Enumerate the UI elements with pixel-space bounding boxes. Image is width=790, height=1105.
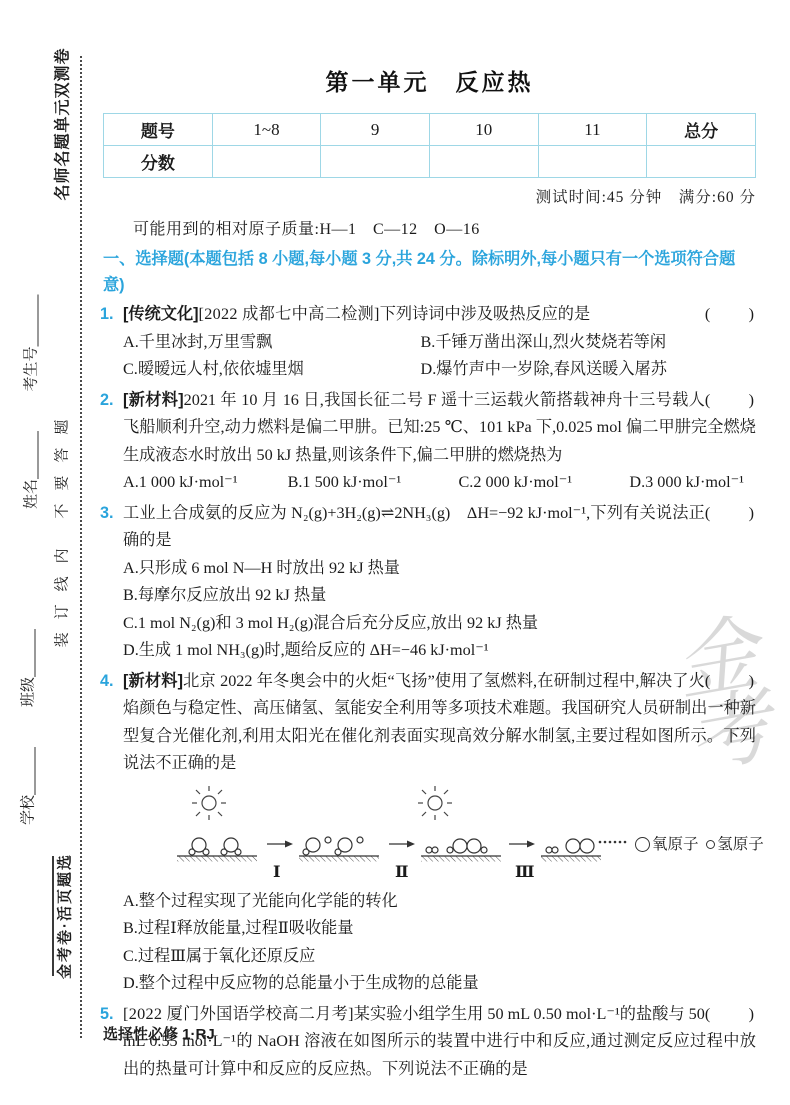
stage-3-label: Ⅲ [515, 859, 534, 887]
option-c: C.过程Ⅲ属于氧化还原反应 [123, 943, 756, 971]
section-heading: 一、选择题(本题包括 8 小题,每小题 3 分,共 24 分。除标明外,每小题只… [103, 246, 756, 298]
question-1-options: A.千里冰封,万里雪飘 B.千锤万凿出深山,烈火焚烧若等闲 C.暧暧远人村,依依… [123, 329, 756, 384]
hydrogen-atom-icon [706, 840, 715, 849]
answer-bracket: ( ) [705, 387, 756, 415]
name-label: 姓名 [24, 479, 40, 509]
option-c: C.暧暧远人村,依依墟里烟 [123, 356, 421, 384]
page-title: 第一单元 反应热 [103, 64, 756, 97]
score-header-cell: 总分 [647, 114, 756, 146]
brand-text: 金考卷·活页题选 [54, 853, 75, 979]
school-label: 学校 [21, 795, 37, 825]
question-3-options: A.只形成 6 mol N—H 时放出 92 kJ 热量 B.每摩尔反应放出 9… [123, 555, 756, 665]
name-blank [25, 431, 39, 479]
score-cell-empty [429, 146, 538, 178]
option-a: A.1 000 kJ·mol⁻¹ [123, 469, 288, 497]
option-b: B.每摩尔反应放出 92 kJ 热量 [123, 582, 756, 610]
answer-bracket: ( ) [705, 1001, 756, 1029]
diagram-legend: 氧原子 氢原子 [635, 831, 764, 859]
question-2-stem: ( )[新材料]2021 年 10 月 16 日,我国长征二号 F 遥十三运载火… [123, 387, 756, 470]
series-title: 名师名题单元双测卷 [50, 47, 73, 200]
option-d: D.爆竹声中一岁除,春风送暖入屠苏 [421, 356, 756, 384]
school-blank [22, 747, 36, 795]
stage-2-label: Ⅱ [395, 859, 408, 887]
score-header-cell: 10 [429, 114, 538, 146]
option-d: D.3 000 kJ·mol⁻¹ [629, 469, 756, 497]
question-4-options: A.整个过程实现了光能向化学能的转化 B.过程Ⅰ释放能量,过程Ⅱ吸收能量 C.过… [123, 888, 756, 998]
score-header-cell: 9 [321, 114, 430, 146]
option-c: C.1 mol N₂(g)和 3 mol H₂(g)混合后充分反应,放出 92 … [123, 610, 756, 638]
question-3-number: 3. [100, 500, 114, 528]
exam-page: 名师名题单元双测卷 考生号 姓名 装订线内 不要答题 班级 学校 金考卷·活页题… [0, 0, 790, 1105]
option-c: C.2 000 kJ·mol⁻¹ [458, 469, 629, 497]
stage-1-label: Ⅰ [273, 859, 280, 887]
exam-number-field: 考生号 [20, 294, 41, 391]
name-field: 姓名 [20, 431, 41, 509]
score-cell-empty [647, 146, 756, 178]
question-1-number: 1. [100, 301, 114, 329]
score-table: 题号 1~8 9 10 11 总分 分数 [103, 113, 756, 178]
score-table-header-row: 题号 1~8 9 10 11 总分 [104, 114, 756, 146]
binding-dotted-line [80, 56, 82, 1038]
sun-icon [192, 786, 452, 820]
score-cell-empty [212, 146, 321, 178]
option-a: A.整个过程实现了光能向化学能的转化 [123, 888, 756, 916]
oxygen-legend-label: 氧原子 [652, 836, 699, 853]
score-table-score-row: 分数 [104, 146, 756, 178]
score-header-cell: 题号 [104, 114, 213, 146]
class-label: 班级 [21, 677, 37, 707]
page-footer: 选择性必修 1·RJ [103, 1023, 215, 1044]
option-a: A.千里冰封,万里雪飘 [123, 329, 421, 357]
question-2-number: 2. [100, 387, 114, 415]
water-splitting-diagram: Ⅰ Ⅱ Ⅲ 氧原子 氢原子 [173, 783, 773, 885]
question-4-number: 4. [100, 668, 114, 696]
question-1-stem: ( )[传统文化][2022 成都七中高二检测]下列诗词中涉及吸热反应的是 [123, 301, 756, 329]
binding-text: 装订线内 不要答题 [51, 407, 72, 648]
question-5-source: [2022 厦门外国语学校高二月考] [123, 1005, 354, 1023]
exam-number-label: 考生号 [24, 346, 40, 391]
oxygen-atom-icon [635, 837, 650, 852]
score-cell-empty [321, 146, 430, 178]
question-4-stem: ( )[新材料]北京 2022 年冬奥会中的火炬“飞扬”使用了氢燃料,在研制过程… [123, 668, 756, 778]
main-content: 第一单元 反应热 题号 1~8 9 10 11 总分 分数 测试时间:45 分钟… [103, 58, 756, 1083]
question-2-options: A.1 000 kJ·mol⁻¹ B.1 500 kJ·mol⁻¹ C.2 00… [123, 469, 756, 497]
option-b: B.过程Ⅰ释放能量,过程Ⅱ吸收能量 [123, 915, 756, 943]
score-header-cell: 11 [538, 114, 647, 146]
question-5-stem: ( )[2022 厦门外国语学校高二月考]某实验小组学生用 50 mL 0.50… [123, 1001, 756, 1084]
question-1-tag: [传统文化] [123, 305, 199, 323]
class-field: 班级 [17, 629, 38, 707]
question-3-text: 工业上合成氨的反应为 N₂(g)+3H₂(g)⇌2NH₃(g) ΔH=−92 k… [123, 504, 705, 550]
score-row-label: 分数 [104, 146, 213, 178]
class-blank [22, 629, 36, 677]
question-1: 1. ( )[传统文化][2022 成都七中高二检测]下列诗词中涉及吸热反应的是… [103, 301, 756, 384]
answer-bracket: ( ) [705, 301, 756, 329]
atomic-mass-note: 可能用到的相对原子质量:H—1 C—12 O—16 [103, 216, 756, 239]
hydrogen-legend-label: 氢原子 [717, 836, 764, 853]
option-b: B.千锤万凿出深山,烈火焚烧若等闲 [421, 329, 756, 357]
answer-bracket: ( ) [705, 500, 756, 528]
question-1-text: 下列诗词中涉及吸热反应的是 [380, 305, 590, 323]
question-3-stem: ( )工业上合成氨的反应为 N₂(g)+3H₂(g)⇌2NH₃(g) ΔH=−9… [123, 500, 756, 555]
exam-number-blank [25, 294, 39, 346]
answer-bracket: ( ) [705, 668, 756, 696]
test-time-note: 测试时间:45 分钟 满分:60 分 [103, 185, 756, 207]
question-4-tag: [新材料] [123, 672, 183, 690]
question-3: 3. ( )工业上合成氨的反应为 N₂(g)+3H₂(g)⇌2NH₃(g) ΔH… [103, 500, 756, 665]
question-4-text: 北京 2022 年冬奥会中的火炬“飞扬”使用了氢燃料,在研制过程中,解决了火焰颜… [123, 672, 756, 773]
question-2: 2. ( )[新材料]2021 年 10 月 16 日,我国长征二号 F 遥十三… [103, 387, 756, 497]
question-2-tag: [新材料] [123, 391, 184, 409]
option-d: D.整个过程中反应物的总能量小于生成物的总能量 [123, 970, 756, 998]
score-header-cell: 1~8 [212, 114, 321, 146]
question-1-source: [2022 成都七中高二检测] [199, 305, 380, 323]
question-4: 4. ( )[新材料]北京 2022 年冬奥会中的火炬“飞扬”使用了氢燃料,在研… [103, 668, 756, 998]
school-field: 学校 [17, 747, 38, 825]
option-b: B.1 500 kJ·mol⁻¹ [288, 469, 459, 497]
question-2-text: 2021 年 10 月 16 日,我国长征二号 F 遥十三运载火箭搭载神舟十三号… [123, 391, 756, 464]
score-cell-empty [538, 146, 647, 178]
option-d: D.生成 1 mol NH₃(g)时,题给反应的 ΔH=−46 kJ·mol⁻¹ [123, 637, 756, 665]
option-a: A.只形成 6 mol N—H 时放出 92 kJ 热量 [123, 555, 756, 583]
